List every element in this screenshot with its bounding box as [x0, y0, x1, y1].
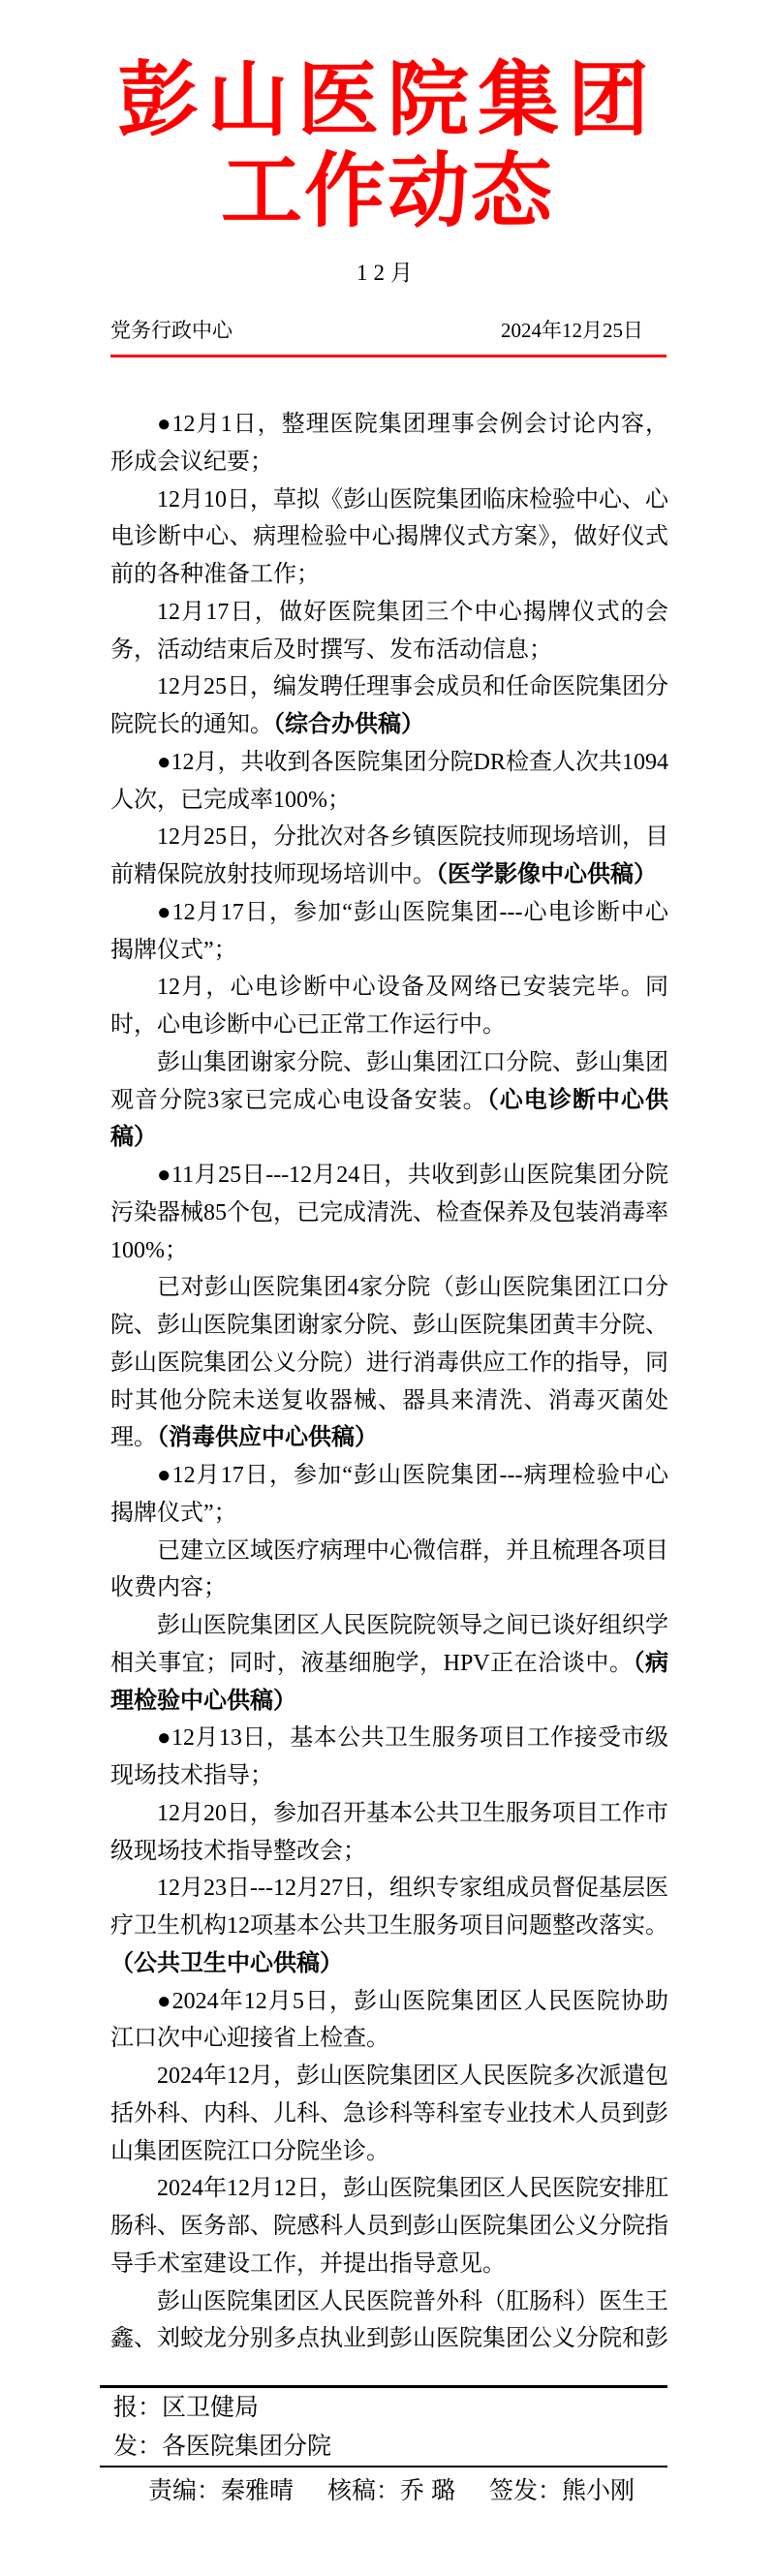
paragraph-text: 已建立区域医疗病理中心微信群，并且梳理各项目收费内容；: [110, 1538, 668, 1601]
paragraph-text: ●12月17日，参加“彭山医院集团---心电诊断中心揭牌仪式”；: [110, 900, 668, 963]
paragraph-text: 彭山医院集团区人民医院普外科（肛肠科）医生王鑫、刘蛟龙分别多点执业到彭山医院集团…: [110, 2289, 668, 2362]
document-page: 彭山医院集团 工作动态 12月 党务行政中心 2024年12月25日 ●12月1…: [0, 0, 775, 2576]
issue-month: 12月: [0, 260, 775, 287]
body-paragraph: 彭山集团谢家分院、彭山集团江口分院、彭山集团观音分院3家已完成心电设备安装。（心…: [110, 1044, 668, 1157]
paragraph-text: 彭山医院集团区人民医院院领导之间已谈好组织学相关事宜；同时，液基细胞学，HPV正…: [110, 1613, 668, 1676]
paragraph-text: ●11月25日---12月24日，共收到彭山医院集团分院污染器械85个包，已完成…: [110, 1163, 668, 1263]
body-paragraph: ●12月17日，参加“彭山医院集团---心电诊断中心揭牌仪式”；: [110, 894, 668, 970]
body-paragraph: 12月10日，草拟《彭山医院集团临床检验中心、心电诊断中心、病理检验中心揭牌仪式…: [110, 481, 668, 594]
body-paragraph: 已对彭山医院集团4家分院（彭山医院集团江口分院、彭山医院集团谢家分院、彭山医院集…: [110, 1269, 668, 1457]
paragraph-text: ●12月13日，基本公共卫生服务项目工作接受市级现场技术指导；: [110, 1725, 668, 1788]
paragraph-text: 12月23日---12月27日，组织专家组成员督促基层医疗卫生机构12项基本公共…: [110, 1876, 668, 1939]
report-to-label: 报：: [113, 2394, 162, 2421]
header-divider: [110, 355, 666, 357]
issuing-office: 党务行政中心: [110, 318, 232, 343]
body-paragraph: 12月25日，编发聘任理事会成员和任命医院集团分院院长的通知。（综合办供稿）: [110, 668, 668, 744]
paragraph-text: 12月20日，参加召开基本公共卫生服务项目工作市级现场技术指导整改会；: [110, 1801, 668, 1864]
document-body: ●12月1日，整理医院集团理事会例会讨论内容，形成会议纪要；12月10日，草拟《…: [110, 406, 668, 2361]
body-paragraph: 12月20日，参加召开基本公共卫生服务项目工作市级现场技术指导整改会；: [110, 1795, 668, 1871]
paragraph-text: ●2024年12月5日，彭山医院集团区人民医院协助江口次中心迎接省上检查。: [110, 1989, 668, 2052]
distribute-to-label: 发：: [113, 2433, 162, 2460]
body-paragraph: ●12月1日，整理医院集团理事会例会讨论内容，形成会议纪要；: [110, 406, 668, 481]
meta-row: 党务行政中心 2024年12月25日: [110, 318, 666, 343]
reviewer-label: 核稿：: [327, 2477, 400, 2504]
editor-name: 秦雅晴: [221, 2477, 294, 2504]
paragraph-text: 12月17日，做好医院集团三个中心揭牌仪式的会务，活动结束后及时撰写、发布活动信…: [110, 600, 668, 663]
body-paragraph: 12月25日，分批次对各乡镇医院技师现场培训，目前精保院放射技师现场培训中。（医…: [110, 819, 668, 894]
body-paragraph: 12月17日，做好医院集团三个中心揭牌仪式的会务，活动结束后及时撰写、发布活动信…: [110, 594, 668, 669]
issuer-label: 签发：: [489, 2477, 562, 2504]
editors-row: 责编：秦雅晴 核稿：乔 璐 签发：熊小刚: [100, 2467, 667, 2508]
body-paragraph: 2024年12月，彭山医院集团区人民医院多次派遣包括外科、内科、儿科、急诊科等科…: [110, 2058, 668, 2170]
editor-label: 责编：: [148, 2477, 221, 2504]
title-line-1: 彭山医院集团: [0, 56, 775, 147]
body-paragraph: 12月23日---12月27日，组织专家组成员督促基层医疗卫生机构12项基本公共…: [110, 1870, 668, 1982]
paragraph-source-credit: （公共卫生中心供稿）: [110, 1951, 343, 1976]
body-paragraph: 彭山医院集团区人民医院普外科（肛肠科）医生王鑫、刘蛟龙分别多点执业到彭山医院集团…: [110, 2283, 668, 2362]
body-paragraph: ●12月17日，参加“彭山医院集团---病理检验中心揭牌仪式”；: [110, 1457, 668, 1533]
body-paragraph: 2024年12月12日，彭山医院集团区人民医院安排肛肠科、医务部、院感科人员到彭…: [110, 2170, 668, 2282]
issuer-name: 熊小刚: [562, 2477, 635, 2504]
reviewer-entry: 核稿：乔 璐: [327, 2473, 455, 2508]
report-to-line: 报：区卫健局: [113, 2388, 667, 2427]
report-to-value: 区卫健局: [162, 2394, 259, 2421]
distribute-to-line: 发：各医院集团分院: [113, 2427, 667, 2466]
paragraph-text: 2024年12月12日，彭山医院集团区人民医院安排肛肠科、医务部、院感科人员到彭…: [110, 2176, 668, 2277]
body-paragraph: 12月，心电诊断中心设备及网络已安装完毕。同时，心电诊断中心已正常工作运行中。: [110, 969, 668, 1044]
body-paragraph: 已建立区域医疗病理中心微信群，并且梳理各项目收费内容；: [110, 1533, 668, 1608]
reviewer-name: 乔 璐: [400, 2477, 455, 2504]
document-footer: 报：区卫健局 发：各医院集团分院 责编：秦雅晴 核稿：乔 璐 签发：熊小刚: [100, 2385, 667, 2508]
paragraph-text: 12月，心电诊断中心设备及网络已安装完毕。同时，心电诊断中心已正常工作运行中。: [110, 975, 668, 1038]
paragraph-source-credit: （消毒供应中心供稿）: [157, 1425, 378, 1450]
paragraph-text: 2024年12月，彭山医院集团区人民医院多次派遣包括外科、内科、儿科、急诊科等科…: [110, 2064, 668, 2164]
editor-entry: 责编：秦雅晴: [148, 2473, 294, 2508]
paragraph-source-credit: （医学影像中心供稿）: [436, 862, 657, 887]
body-paragraph: ●2024年12月5日，彭山医院集团区人民医院协助江口次中心迎接省上检查。: [110, 1983, 668, 2059]
title-line-2: 工作动态: [0, 147, 775, 238]
paragraph-text: ●12月，共收到各医院集团分院DR检查人次共1094人次，已完成率100%；: [110, 750, 668, 813]
distribute-to-value: 各医院集团分院: [162, 2433, 331, 2460]
body-paragraph: ●11月25日---12月24日，共收到彭山医院集团分院污染器械85个包，已完成…: [110, 1157, 668, 1269]
paragraph-text: ●12月1日，整理医院集团理事会例会讨论内容，形成会议纪要；: [110, 412, 668, 475]
body-paragraph: ●12月13日，基本公共卫生服务项目工作接受市级现场技术指导；: [110, 1720, 668, 1795]
body-paragraph: 彭山医院集团区人民医院院领导之间已谈好组织学相关事宜；同时，液基细胞学，HPV正…: [110, 1607, 668, 1720]
body-paragraph: ●12月，共收到各医院集团分院DR检查人次共1094人次，已完成率100%；: [110, 744, 668, 820]
paragraph-text: ●12月17日，参加“彭山医院集团---病理检验中心揭牌仪式”；: [110, 1463, 668, 1526]
issue-date: 2024年12月25日: [501, 318, 666, 343]
paragraph-source-credit: （综合办供稿）: [273, 712, 424, 737]
issuer-entry: 签发：熊小刚: [489, 2473, 635, 2508]
document-title: 彭山医院集团 工作动态: [0, 56, 775, 238]
paragraph-text: 12月10日，草拟《彭山医院集团临床检验中心、心电诊断中心、病理检验中心揭牌仪式…: [110, 487, 668, 588]
